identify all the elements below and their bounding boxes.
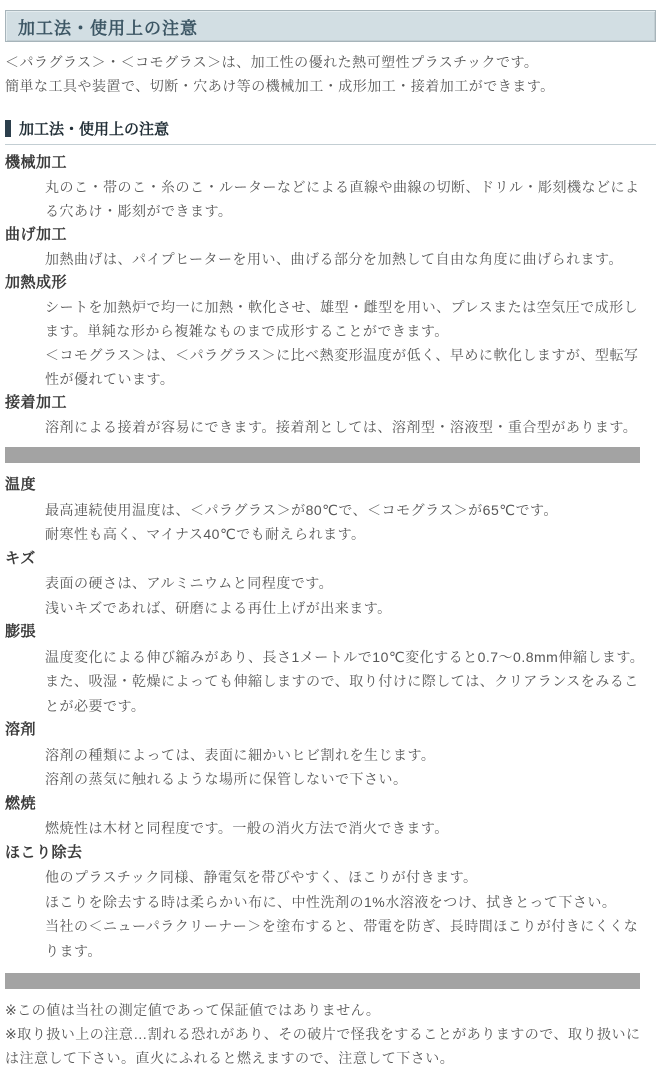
body-paragraph: 加熱曲げは、パイプヒーターを用い、曲げる部分を加熱して自由な角度に曲げられます。: [45, 247, 650, 271]
body-paragraph: 溶剤による接着が容易にできます。接着剤としては、溶剤型・溶液型・重合型があります…: [45, 415, 650, 439]
page-title-bar: 加工法・使用上の注意: [5, 10, 656, 42]
body-line: また、吸湿・乾燥によっても伸縮しますので、取り付けに際しては、クリアランスをみる…: [45, 669, 650, 718]
body-line: 溶剤の蒸気に触れるような場所に保管しないで下さい。: [45, 767, 650, 792]
intro-line: 簡単な工具や装置で、切断・穴あけ等の機械加工・成形加工・接着加工ができます。: [5, 74, 656, 98]
body-line: 耐寒性も高く、マイナス40℃でも耐えられます。: [45, 522, 650, 547]
section-body: 燃焼性は木材と同程度です。一般の消火方法で消火できます。: [45, 816, 650, 841]
section-tick-icon: [5, 120, 11, 137]
section-header-label: 加工法・使用上の注意: [19, 118, 169, 139]
intro-line: ＜パラグラス＞・＜コモグラス＞は、加工性の優れた熱可塑性プラスチックです。: [5, 50, 656, 74]
divider-bar: [5, 447, 640, 463]
body-line: 浅いキズであれば、研磨による再仕上げが出来ます。: [45, 596, 650, 621]
body-line: 表面の硬さは、アルミニウムと同程度です。: [45, 571, 650, 596]
section-header: 加工法・使用上の注意: [5, 118, 656, 145]
footnote: ※取り扱い上の注意…割れる恐れがあり、その破片で怪我をすることがありますので、取…: [5, 1022, 650, 1065]
section-body: 溶剤の種類によっては、表面に細かいヒビ割れを生じます。 溶剤の蒸気に触れるような…: [45, 743, 650, 792]
body-line: 温度変化による伸び縮みがあり、長さ1メートルで10℃変化すると0.7〜0.8mm…: [45, 645, 650, 670]
intro-paragraph: ＜パラグラス＞・＜コモグラス＞は、加工性の優れた熱可塑性プラスチックです。 簡単…: [5, 50, 656, 98]
section-body: 溶剤による接着が容易にできます。接着剤としては、溶剤型・溶液型・重合型があります…: [45, 415, 650, 439]
section-heading: 接着加工: [5, 391, 656, 415]
body-paragraph: シートを加熱炉で均一に加熱・軟化させ、雄型・雌型を用い、プレスまたは空気圧で成形…: [45, 295, 650, 343]
section-heading: 燃焼: [5, 792, 656, 817]
body-line: 溶剤の種類によっては、表面に細かいヒビ割れを生じます。: [45, 743, 650, 768]
section-body: シートを加熱炉で均一に加熱・軟化させ、雄型・雌型を用い、プレスまたは空気圧で成形…: [45, 295, 650, 391]
divider-bar: [5, 973, 640, 989]
body-paragraph: 丸のこ・帯のこ・糸のこ・ルーターなどによる直線や曲線の切断、ドリル・彫刻機などに…: [45, 175, 650, 223]
footnotes: ※この値は当社の測定値であって保証値ではありません。 ※取り扱い上の注意…割れる…: [5, 998, 656, 1065]
section-heading: 加熱成形: [5, 271, 656, 295]
page: 加工法・使用上の注意 ＜パラグラス＞・＜コモグラス＞は、加工性の優れた熱可塑性プ…: [0, 0, 666, 1065]
section-heading: 温度: [5, 473, 656, 498]
section-body: 温度変化による伸び縮みがあり、長さ1メートルで10℃変化すると0.7〜0.8mm…: [45, 645, 650, 719]
section-heading: キズ: [5, 547, 656, 572]
section-scratches: キズ 表面の硬さは、アルミニウムと同程度です。 浅いキズであれば、研磨による再仕…: [5, 547, 656, 621]
section-heading: 膨張: [5, 620, 656, 645]
section-heading: 曲げ加工: [5, 223, 656, 247]
body-line: ほこりを除去する時は柔らかい布に、中性洗剤の1%水溶液をつけ、拭きとって下さい。: [45, 890, 650, 915]
page-title: 加工法・使用上の注意: [18, 14, 198, 39]
section-heading: 機械加工: [5, 151, 656, 175]
section-expansion: 膨張 温度変化による伸び縮みがあり、長さ1メートルで10℃変化すると0.7〜0.…: [5, 620, 656, 718]
section-bending: 曲げ加工 加熱曲げは、パイプヒーターを用い、曲げる部分を加熱して自由な角度に曲げ…: [5, 223, 656, 271]
section-thermoforming: 加熱成形 シートを加熱炉で均一に加熱・軟化させ、雄型・雌型を用い、プレスまたは空…: [5, 271, 656, 391]
section-body: 他のプラスチック同様、静電気を帯びやすく、ほこりが付きます。 ほこりを除去する時…: [45, 865, 650, 963]
section-machining: 機械加工 丸のこ・帯のこ・糸のこ・ルーターなどによる直線や曲線の切断、ドリル・彫…: [5, 151, 656, 223]
section-body: 最高連続使用温度は、＜パラグラス＞が80℃で、＜コモグラス＞が65℃です。 耐寒…: [45, 498, 650, 547]
section-temperature: 温度 最高連続使用温度は、＜パラグラス＞が80℃で、＜コモグラス＞が65℃です。…: [5, 473, 656, 547]
body-line: 最高連続使用温度は、＜パラグラス＞が80℃で、＜コモグラス＞が65℃です。: [45, 498, 650, 523]
body-line: 他のプラスチック同様、静電気を帯びやすく、ほこりが付きます。: [45, 865, 650, 890]
section-body: 丸のこ・帯のこ・糸のこ・ルーターなどによる直線や曲線の切断、ドリル・彫刻機などに…: [45, 175, 650, 223]
footnote: ※この値は当社の測定値であって保証値ではありません。: [5, 998, 650, 1022]
section-body: 加熱曲げは、パイプヒーターを用い、曲げる部分を加熱して自由な角度に曲げられます。: [45, 247, 650, 271]
section-combustion: 燃焼 燃焼性は木材と同程度です。一般の消火方法で消火できます。: [5, 792, 656, 841]
section-heading: ほこり除去: [5, 841, 656, 866]
section-dust-removal: ほこり除去 他のプラスチック同様、静電気を帯びやすく、ほこりが付きます。 ほこり…: [5, 841, 656, 964]
body-paragraph: ＜コモグラス＞は、＜パラグラス＞に比べ熱変形温度が低く、早めに軟化しますが、型転…: [45, 343, 650, 391]
body-line: 燃焼性は木材と同程度です。一般の消火方法で消火できます。: [45, 816, 650, 841]
section-solvents: 溶剤 溶剤の種類によっては、表面に細かいヒビ割れを生じます。 溶剤の蒸気に触れる…: [5, 718, 656, 792]
section-body: 表面の硬さは、アルミニウムと同程度です。 浅いキズであれば、研磨による再仕上げが…: [45, 571, 650, 620]
section-heading: 溶剤: [5, 718, 656, 743]
body-line: 当社の＜ニューパラクリーナー＞を塗布すると、帯電を防ぎ、長時間ほこりが付きにくく…: [45, 914, 650, 963]
section-bonding: 接着加工 溶剤による接着が容易にできます。接着剤としては、溶剤型・溶液型・重合型…: [5, 391, 656, 439]
